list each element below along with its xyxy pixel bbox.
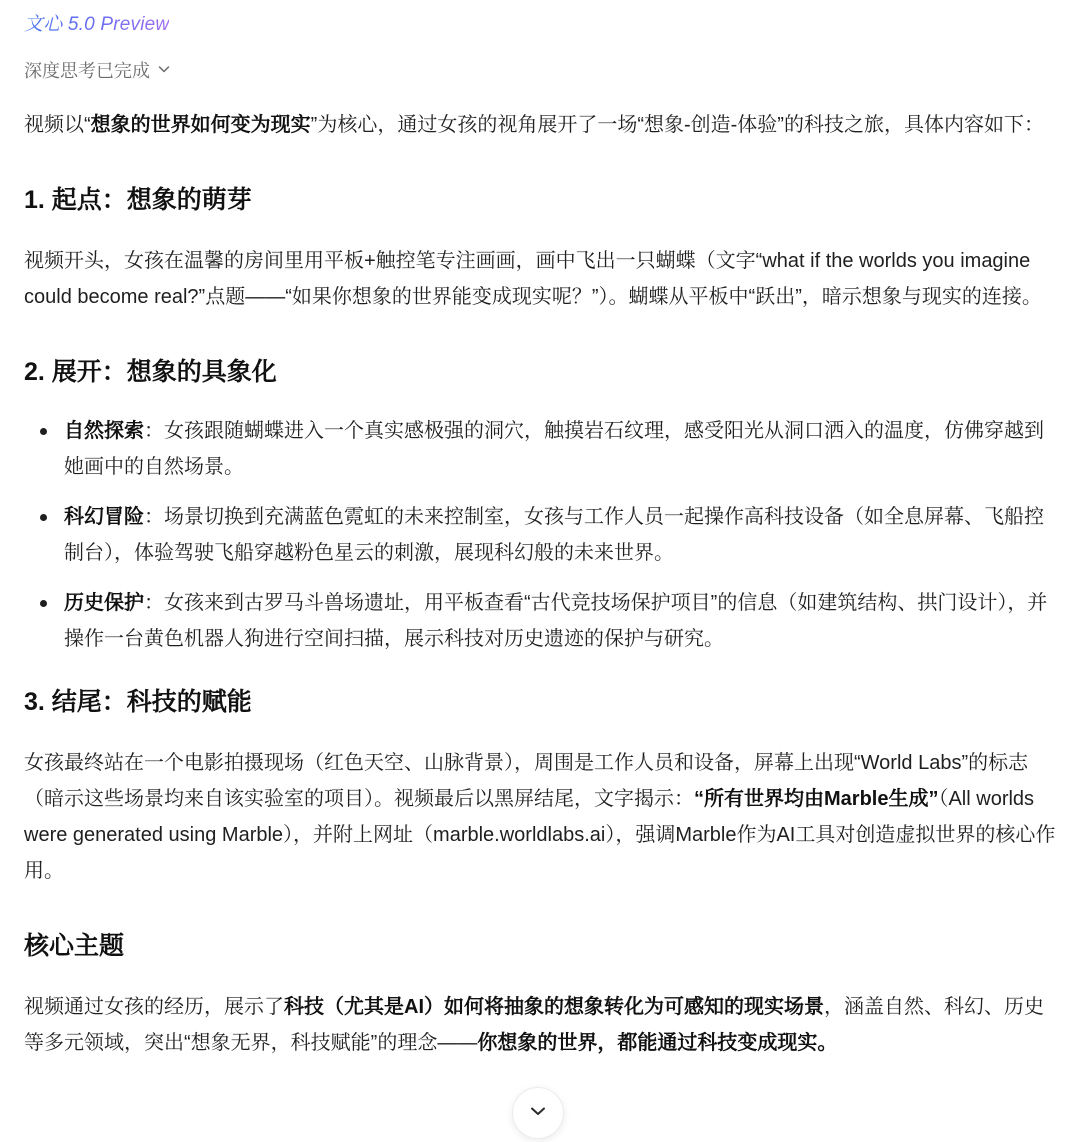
bullet-scifi: 科幻冒险：场景切换到充满蓝色霓虹的未来控制室，女孩与工作人员一起操作高科技设备（…: [24, 499, 1060, 571]
section-heading-core-theme: 核心主题: [24, 929, 1060, 963]
intro-bold: 想象的世界如何变为现实: [91, 114, 311, 136]
bullet-nature: 自然探索：女孩跟随蝴蝶进入一个真实感极强的洞穴，触摸岩石纹理，感受阳光从洞口洒入…: [24, 413, 1060, 485]
expand-bullet-list: 自然探索：女孩跟随蝴蝶进入一个真实感极强的洞穴，触摸岩石纹理，感受阳光从洞口洒入…: [24, 413, 1060, 657]
bullet-text: ：女孩跟随蝴蝶进入一个真实感极强的洞穴，触摸岩石纹理，感受阳光从洞口洒入的温度，…: [64, 420, 1044, 478]
scroll-to-bottom-button[interactable]: [512, 1087, 564, 1139]
section-paragraph-ending: 女孩最终站在一个电影拍摄现场（红色天空、山脉背景），周围是工作人员和设备，屏幕上…: [24, 745, 1060, 889]
bullet-history: 历史保护：女孩来到古罗马斗兽场遗址，用平板查看“古代竞技场保护项目”的信息（如建…: [24, 585, 1060, 657]
chevron-down-icon: [527, 1100, 549, 1127]
thinking-status-label: 深度思考已完成: [24, 58, 150, 84]
section-paragraph-core-theme: 视频通过女孩的经历，展示了科技（尤其是AI）如何将抽象的想象转化为可感知的现实场…: [24, 989, 1060, 1061]
model-title: 文心 5.0 Preview: [24, 12, 169, 38]
section-paragraph-start: 视频开头，女孩在温馨的房间里用平板+触控笔专注画画，画中飞出一只蝴蝶（文字“wh…: [24, 243, 1060, 315]
section-heading-ending: 3. 结尾：科技的赋能: [24, 685, 1060, 719]
thinking-status-toggle[interactable]: 深度思考已完成: [24, 58, 172, 84]
answer-content: 视频以“想象的世界如何变为现实”为核心，通过女孩的视角展开了一场“想象-创造-体…: [24, 107, 1060, 1061]
intro-text: 视频以“: [24, 114, 91, 136]
chevron-down-icon: [156, 58, 172, 84]
bullet-label: 科幻冒险: [64, 506, 144, 528]
ending-bold: “所有世界均由Marble生成”: [694, 788, 938, 810]
bullet-text: ：场景切换到充满蓝色霓虹的未来控制室，女孩与工作人员一起操作高科技设备（如全息屏…: [64, 506, 1044, 564]
bullet-text: ：女孩来到古罗马斗兽场遗址，用平板查看“古代竞技场保护项目”的信息（如建筑结构、…: [64, 592, 1047, 650]
theme-text: 视频通过女孩的经历，展示了: [24, 996, 284, 1018]
intro-text-end: ”为核心，通过女孩的视角展开了一场“想象-创造-体验”的科技之旅，具体内容如下：: [311, 114, 1044, 136]
bullet-label: 历史保护: [64, 592, 144, 614]
theme-bold: 科技（尤其是AI）如何将抽象的想象转化为可感知的现实场景: [284, 996, 824, 1018]
section-heading-expand: 2. 展开：想象的具象化: [24, 355, 1060, 389]
theme-bold-end: 你想象的世界，都能通过科技变成现实。: [477, 1032, 837, 1054]
bullet-label: 自然探索: [64, 420, 144, 442]
section-heading-start: 1. 起点：想象的萌芽: [24, 183, 1060, 217]
intro-paragraph: 视频以“想象的世界如何变为现实”为核心，通过女孩的视角展开了一场“想象-创造-体…: [24, 107, 1060, 143]
